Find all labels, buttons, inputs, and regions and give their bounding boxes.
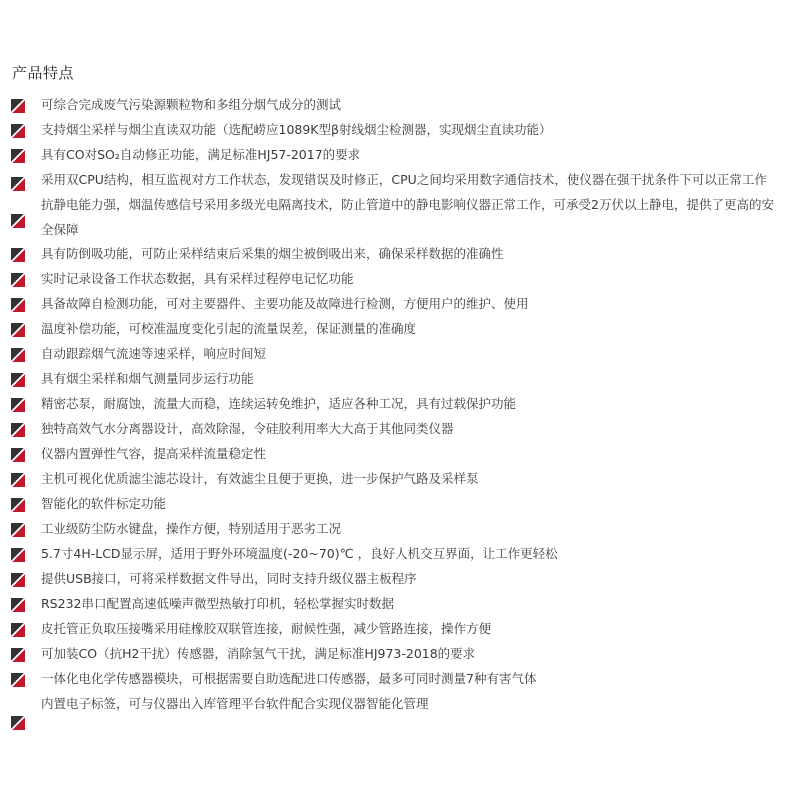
feature-text: 采用双CPU结构，相互监视对方工作状态，发现错误及时修正，CPU之间均采用数字通…: [41, 168, 781, 193]
feature-item: 具有防倒吸功能，可防止采样结束后采集的烟尘被倒吸出来，确保采样数据的准确性: [0, 242, 800, 267]
diagonal-square-bullet-icon: [11, 423, 25, 437]
diagonal-square-bullet-icon: [11, 177, 25, 191]
feature-item: RS232串口配置高速低噪声微型热敏打印机，轻松掌握实时数据: [0, 592, 800, 617]
feature-item: 具有CO对SO₂自动修正功能，满足标准HJ57-2017的要求: [0, 143, 800, 168]
feature-text: 具备故障自检测功能，可对主要器件、主要功能及故障进行检测，方便用户的维护、使用: [41, 292, 781, 317]
diagonal-square-bullet-icon: [11, 523, 25, 537]
feature-text: 具有烟尘采样和烟气测量同步运行功能: [41, 367, 781, 392]
feature-text: 仪器内置弹性气容，提高采样流量稳定性: [41, 442, 781, 467]
diagonal-square-bullet-icon: [11, 323, 25, 337]
feature-item: 5.7寸4H-LCD显示屏，适用于野外环境温度(-20~70)℃ ，良好人机交互…: [0, 542, 800, 567]
feature-item: 仪器内置弹性气容，提高采样流量稳定性: [0, 442, 800, 467]
feature-item: 一体化电化学传感器模块，可根据需要自助选配进口传感器，最多可同时测量7种有害气体: [0, 667, 800, 692]
feature-item: 抗静电能力强，烟温传感信号采用多级光电隔离技术，防止管道中的静电影响仪器正常工作…: [0, 193, 800, 242]
feature-text: 支持烟尘采样与烟尘直读双功能（选配崂应1089K型β射线烟尘检测器，实现烟尘直读…: [41, 118, 781, 143]
feature-item: 可加装CO（抗H2干扰）传感器，消除氢气干扰，满足标准HJ973-2018的要求: [0, 642, 800, 667]
feature-text: 可综合完成废气污染源颗粒物和多组分烟气成分的测试: [41, 93, 781, 118]
diagonal-square-bullet-icon: [11, 648, 25, 662]
feature-item: 具备故障自检测功能，可对主要器件、主要功能及故障进行检测，方便用户的维护、使用: [0, 292, 800, 317]
diagonal-square-bullet-icon: [11, 673, 25, 687]
feature-text: 皮托管正负取压接嘴采用硅橡胶双联管连接，耐候性强，减少管路连接，操作方便: [41, 617, 781, 642]
feature-item: 温度补偿功能，可校准温度变化引起的流量误差，保证测量的准确度: [0, 317, 800, 342]
feature-text: 智能化的软件标定功能: [41, 492, 781, 517]
feature-item: 主机可视化优质滤尘滤芯设计，有效滤尘且便于更换，进一步保护气路及采样泵: [0, 467, 800, 492]
feature-item: 采用双CPU结构，相互监视对方工作状态，发现错误及时修正，CPU之间均采用数字通…: [0, 168, 800, 193]
diagonal-square-bullet-icon: [11, 573, 25, 587]
feature-item: 自动跟踪烟气流速等速采样，响应时间短: [0, 342, 800, 367]
feature-item: 实时记录设备工作状态数据，具有采样过程停电记忆功能: [0, 267, 800, 292]
diagonal-square-bullet-icon: [11, 373, 25, 387]
diagonal-square-bullet-icon: [11, 99, 25, 113]
feature-text: 主机可视化优质滤尘滤芯设计，有效滤尘且便于更换，进一步保护气路及采样泵: [41, 467, 781, 492]
diagonal-square-bullet-icon: [11, 273, 25, 287]
feature-item: 精密芯泵，耐腐蚀，流量大而稳，连续运转免维护，适应各种工况，具有过载保护功能: [0, 392, 800, 417]
diagonal-square-bullet-icon: [11, 548, 25, 562]
feature-text: 抗静电能力强，烟温传感信号采用多级光电隔离技术，防止管道中的静电影响仪器正常工作…: [41, 193, 781, 242]
feature-text: 温度补偿功能，可校准温度变化引起的流量误差，保证测量的准确度: [41, 317, 781, 342]
diagonal-square-bullet-icon: [11, 124, 25, 138]
diagonal-square-bullet-icon: [11, 598, 25, 612]
diagonal-square-bullet-icon: [11, 298, 25, 312]
feature-text: 工业级防尘防水键盘，操作方便，特别适用于恶劣工况: [41, 517, 781, 542]
diagonal-square-bullet-icon: [11, 149, 25, 163]
feature-item: 独特高效气水分离器设计，高效除湿，令硅胶利用率大大高于其他同类仪器: [0, 417, 800, 442]
diagonal-square-bullet-icon: [11, 214, 25, 228]
feature-text: 具有CO对SO₂自动修正功能，满足标准HJ57-2017的要求: [41, 143, 781, 168]
feature-list: 可综合完成废气污染源颗粒物和多组分烟气成分的测试 支持烟尘采样与烟尘直读双功能（…: [0, 93, 800, 717]
section-title: 产品特点: [12, 62, 74, 83]
feature-item: 具有烟尘采样和烟气测量同步运行功能: [0, 367, 800, 392]
diagonal-square-bullet-icon: [11, 716, 25, 730]
feature-text: 一体化电化学传感器模块，可根据需要自助选配进口传感器，最多可同时测量7种有害气体: [41, 667, 781, 692]
diagonal-square-bullet-icon: [11, 398, 25, 412]
feature-text: 提供USB接口，可将采样数据文件导出，同时支持升级仪器主板程序: [41, 567, 781, 592]
feature-item: 工业级防尘防水键盘，操作方便，特别适用于恶劣工况: [0, 517, 800, 542]
diagonal-square-bullet-icon: [11, 498, 25, 512]
feature-item: 可综合完成废气污染源颗粒物和多组分烟气成分的测试: [0, 93, 800, 118]
feature-item: 智能化的软件标定功能: [0, 492, 800, 517]
diagonal-square-bullet-icon: [11, 348, 25, 362]
feature-item: 支持烟尘采样与烟尘直读双功能（选配崂应1089K型β射线烟尘检测器，实现烟尘直读…: [0, 118, 800, 143]
feature-text: 内置电子标签，可与仪器出入库管理平台软件配合实现仪器智能化管理: [41, 692, 781, 717]
feature-item: 内置电子标签，可与仪器出入库管理平台软件配合实现仪器智能化管理: [0, 692, 800, 717]
diagonal-square-bullet-icon: [11, 623, 25, 637]
feature-item: 提供USB接口，可将采样数据文件导出，同时支持升级仪器主板程序: [0, 567, 800, 592]
feature-text: 5.7寸4H-LCD显示屏，适用于野外环境温度(-20~70)℃ ，良好人机交互…: [41, 542, 781, 567]
diagonal-square-bullet-icon: [11, 248, 25, 262]
feature-text: 实时记录设备工作状态数据，具有采样过程停电记忆功能: [41, 267, 781, 292]
feature-text: 具有防倒吸功能，可防止采样结束后采集的烟尘被倒吸出来，确保采样数据的准确性: [41, 242, 781, 267]
feature-text: 精密芯泵，耐腐蚀，流量大而稳，连续运转免维护，适应各种工况，具有过载保护功能: [41, 392, 781, 417]
diagonal-square-bullet-icon: [11, 473, 25, 487]
feature-text: RS232串口配置高速低噪声微型热敏打印机，轻松掌握实时数据: [41, 592, 781, 617]
feature-text: 自动跟踪烟气流速等速采样，响应时间短: [41, 342, 781, 367]
diagonal-square-bullet-icon: [11, 448, 25, 462]
feature-text: 独特高效气水分离器设计，高效除湿，令硅胶利用率大大高于其他同类仪器: [41, 417, 781, 442]
feature-item: 皮托管正负取压接嘴采用硅橡胶双联管连接，耐候性强，减少管路连接，操作方便: [0, 617, 800, 642]
feature-text: 可加装CO（抗H2干扰）传感器，消除氢气干扰，满足标准HJ973-2018的要求: [41, 642, 781, 667]
